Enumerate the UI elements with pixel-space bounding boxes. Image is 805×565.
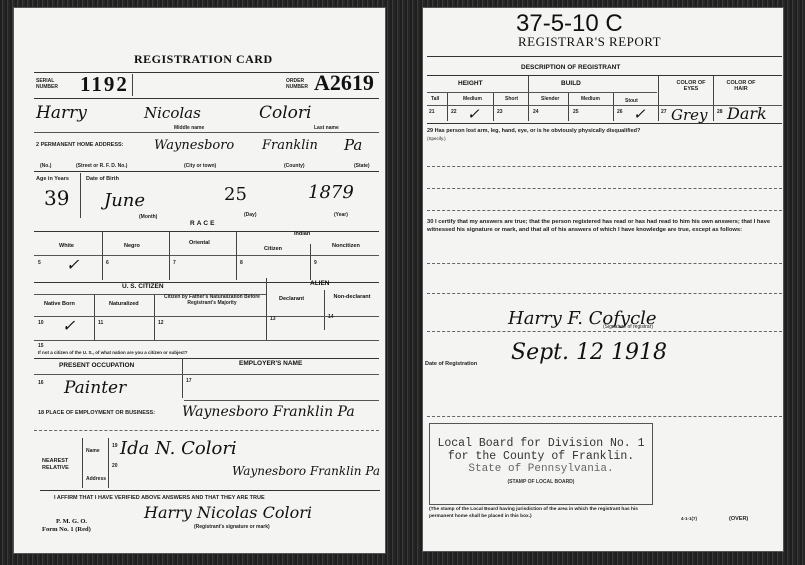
field-number: 26 xyxy=(617,109,623,115)
age-label: Age in Years xyxy=(36,176,69,182)
tall-label: Tall xyxy=(431,96,439,102)
relative-name-label: Name xyxy=(86,448,100,454)
declarant-label: Declarant xyxy=(279,296,304,302)
height-title: HEIGHT xyxy=(458,80,483,87)
native-born-label: Native Born xyxy=(44,301,75,307)
citizen-by-father-label: Citizen by Father's Naturalization Befor… xyxy=(162,294,262,306)
field-number: 22 xyxy=(451,109,457,115)
registrars-report-back: 37-5-10 C REGISTRAR'S REPORT DESCRIPTION… xyxy=(423,8,783,551)
naturalized-label: Naturalized xyxy=(109,301,139,307)
card-title: REGISTRATION CARD xyxy=(134,52,273,67)
field-number: 15 xyxy=(38,343,44,349)
affirmation-text: I AFFIRM THAT I HAVE VERIFIED ABOVE ANSW… xyxy=(54,495,265,501)
place-of-employment-value: Waynesboro Franklin Pa xyxy=(182,404,355,420)
field-number: 5 xyxy=(38,260,41,266)
form-number: Form No. 1 (Red) xyxy=(42,526,91,533)
description-title: DESCRIPTION OF REGISTRANT xyxy=(521,64,620,71)
county-caption: (County) xyxy=(284,163,305,169)
order-label: ORDER NUMBER xyxy=(286,78,316,90)
alien-title: ALIEN xyxy=(310,280,330,287)
home-county: Franklin xyxy=(262,138,318,153)
field-number: 10 xyxy=(38,320,44,326)
middle-name: Nicolas xyxy=(144,104,201,122)
field-number: 23 xyxy=(497,109,503,115)
home-address-label: 2 PERMANENT HOME ADDRESS: xyxy=(36,142,124,148)
build-title: BUILD xyxy=(561,80,581,87)
us-citizen-title: U. S. CITIZEN xyxy=(122,283,164,290)
field-number: 20 xyxy=(112,463,118,469)
local-board-stamp-box: Local Board for Division No. 1 for the C… xyxy=(429,423,653,505)
field-number: 24 xyxy=(533,109,539,115)
slender-label: Slender xyxy=(541,96,559,102)
dob-day: 25 xyxy=(224,184,247,205)
registrant-signature: Harry Nicolas Colori xyxy=(144,503,312,522)
medium-build-label: Medium xyxy=(581,96,600,102)
field-number: 17 xyxy=(186,378,192,384)
native-born-check: ✓ xyxy=(62,316,75,335)
certification-text: 30 I certify that my answers are true; t… xyxy=(427,218,782,234)
eyes-title: COLOR OF EYES xyxy=(671,80,711,92)
eye-color-value: Grey xyxy=(671,106,708,124)
field-number: 14 xyxy=(328,314,334,320)
serial-label: SERIAL NUMBER xyxy=(36,78,64,90)
race-oriental-label: Oriental xyxy=(189,240,210,246)
field-number: 19 xyxy=(112,443,118,449)
relative-address: Waynesboro Franklin Pa xyxy=(232,464,380,478)
medium-height-check: ✓ xyxy=(467,105,480,123)
year-caption: (Year) xyxy=(334,212,348,218)
dob-year: 1879 xyxy=(308,182,354,203)
stamp-line-1: Local Board for Division No. 1 xyxy=(430,437,652,450)
race-white-label: White xyxy=(59,243,74,249)
field-number: 27 xyxy=(661,109,667,115)
over-label: (OVER) xyxy=(729,516,748,522)
employer-label: EMPLOYER'S NAME xyxy=(239,360,302,367)
last-name-caption: Last name xyxy=(314,125,339,131)
no-caption: (No.) xyxy=(40,163,51,169)
age-value: 39 xyxy=(44,186,69,210)
last-name: Colori xyxy=(259,103,311,123)
hair-title: COLOR OF HAIR xyxy=(721,80,761,92)
citizenship-question: If not a citizen of the U. S., of what n… xyxy=(38,350,188,355)
field-number: 12 xyxy=(158,320,164,326)
first-name: Harry xyxy=(36,103,87,123)
home-state: Pa xyxy=(344,136,362,154)
dob-month: June xyxy=(104,190,145,211)
relative-address-label: Address xyxy=(86,476,106,482)
stamp-note: (The stamp of the Local Board having jur… xyxy=(429,506,659,520)
state-caption: (State) xyxy=(354,163,370,169)
relative-name: Ida N. Colori xyxy=(120,438,237,459)
day-caption: (Day) xyxy=(244,212,257,218)
city-caption: (City or town) xyxy=(184,163,216,169)
field-number: 8 xyxy=(240,260,243,266)
race-noncitizen-label: Noncitizen xyxy=(332,243,360,249)
occupation-value: Painter xyxy=(64,378,126,398)
middle-name-caption: Middle name xyxy=(174,125,204,131)
registrar-signature-caption: (Signature of registrar) xyxy=(603,324,653,330)
date-of-registration-label: Date of Registration xyxy=(425,361,477,367)
dob-label: Date of Birth xyxy=(86,176,119,182)
field-number: 11 xyxy=(98,320,103,326)
occupation-label: PRESENT OCCUPATION xyxy=(59,362,134,369)
field-number: 21 xyxy=(429,109,435,115)
field-number: 6 xyxy=(106,260,109,266)
month-caption: (Month) xyxy=(139,214,157,220)
field-number: 7 xyxy=(173,260,176,266)
signature-caption: (Registrant's signature or mark) xyxy=(194,524,270,530)
stout-label: Stout xyxy=(625,98,638,104)
field-number: 28 xyxy=(717,109,723,115)
specify-caption: (Specify.) xyxy=(427,136,446,141)
short-label: Short xyxy=(505,96,518,102)
medium-height-label: Medium xyxy=(463,96,482,102)
field-number: 25 xyxy=(573,109,579,115)
race-negro-label: Negro xyxy=(124,243,140,249)
field-number: 13 xyxy=(270,316,276,322)
date-of-registration-value: Sept. 12 1918 xyxy=(511,340,667,365)
place-of-employment-label: 18 PLACE OF EMPLOYMENT OR BUSINESS: xyxy=(38,410,155,416)
footer-code: 4-1-1(7) xyxy=(681,516,697,521)
race-citizen-label: Citizen xyxy=(264,246,282,252)
registration-card-front: REGISTRATION CARD SERIAL NUMBER 1192 ORD… xyxy=(14,8,385,553)
stamp-line-2: for the County of Franklin. xyxy=(430,450,652,463)
race-white-check: ✓ xyxy=(66,255,79,274)
form-id: P. M. G. O. xyxy=(56,518,87,525)
serial-number: 1192 xyxy=(80,72,129,97)
order-number: A2619 xyxy=(314,70,374,96)
race-title: RACE xyxy=(190,220,216,227)
street-caption: (Street or R. F. D. No.) xyxy=(76,163,127,169)
indian-label: Indian xyxy=(294,231,310,237)
non-declarant-label: Non-declarant xyxy=(332,294,372,300)
nearest-relative-label: NEAREST RELATIVE xyxy=(42,458,80,472)
stamp-caption: (STAMP OF LOCAL BOARD) xyxy=(430,479,652,485)
field-number: 16 xyxy=(38,380,44,386)
home-city: Waynesboro xyxy=(154,138,234,153)
stamp-line-3: State of Pennsylvania. xyxy=(430,463,652,475)
report-title: REGISTRAR'S REPORT xyxy=(518,34,661,50)
disqualification-question: 29 Has person lost arm, leg, hand, eye, … xyxy=(427,128,640,134)
stout-check: ✓ xyxy=(633,105,646,123)
hair-color-value: Dark xyxy=(727,104,767,123)
field-number: 9 xyxy=(314,260,317,266)
